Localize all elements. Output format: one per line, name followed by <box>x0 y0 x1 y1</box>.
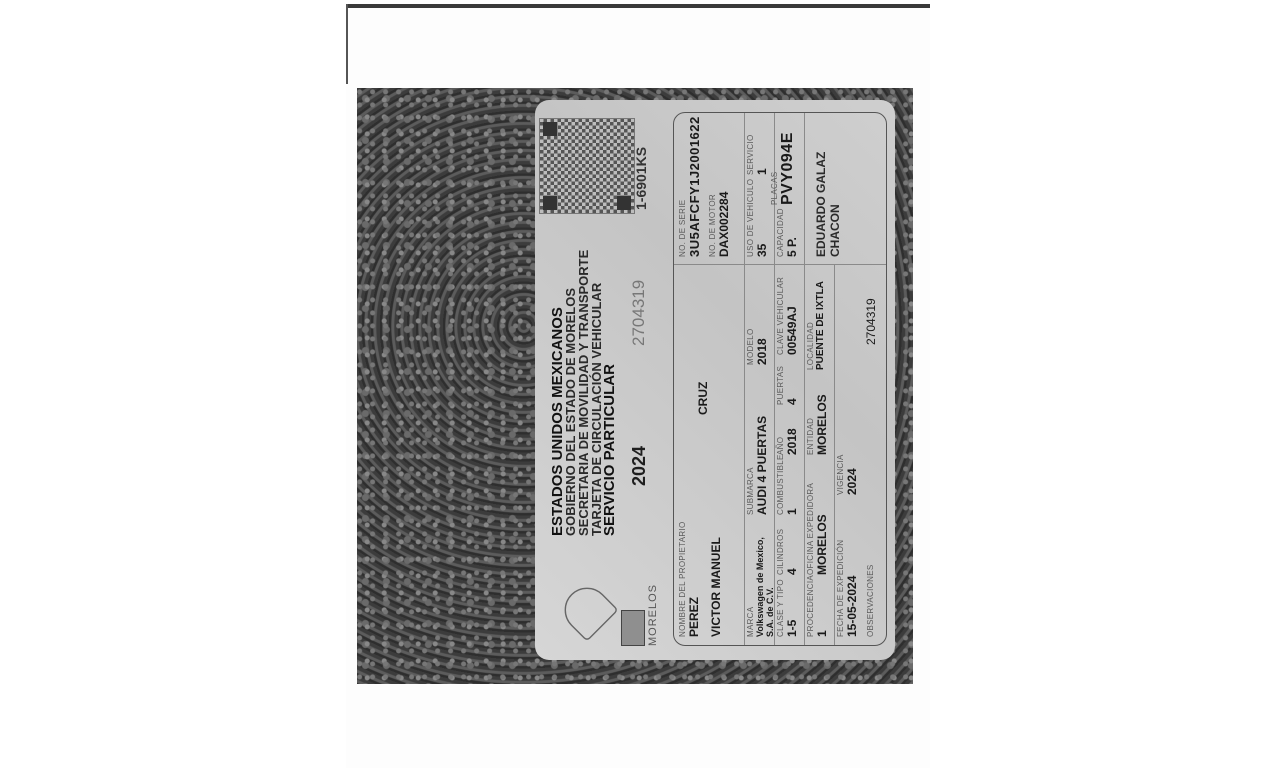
locality-field: LOCALIDAD PUENTE DE IXTLA <box>806 281 826 370</box>
page-left-edge <box>346 4 348 84</box>
class-type-field: CLASE Y TIPO 1-5 <box>776 579 799 637</box>
header-line-5: SERVICIO PARTICULAR <box>603 236 616 536</box>
serial-field: No. DE SERIE 3U5AFCFY1J2001622 No. DE MO… <box>678 116 731 257</box>
bottom-folio: 2704319 <box>864 298 878 345</box>
issue-date-field: FECHA DE EXPEDICIÓN 15-05-2024 <box>836 540 859 637</box>
morelos-logo: MORELOS <box>555 576 645 646</box>
plates-field: PLACAS PVY094E <box>770 132 797 205</box>
state-field: ENTIDAD MORELOS <box>806 394 829 455</box>
handwritten-folio: 1-6901KS <box>633 147 649 210</box>
vehicle-key-field: CLAVE VEHICULAR 00549AJ <box>776 277 799 355</box>
validity-field: VIGENCIA 2024 <box>836 454 859 495</box>
model-field: MODELO 2018 <box>746 329 769 365</box>
issuing-office-field: OFICINA EXPEDIDORA MORELOS <box>806 483 829 575</box>
divider <box>834 265 835 645</box>
fuel-field: COMBUSTIBLE 1 <box>776 454 799 515</box>
owner-surname-2-field: CRUZ <box>696 382 710 415</box>
card-body: NOMBRE DEL PROPIETARIO PEREZ VICTOR MANU… <box>673 112 887 646</box>
use-field: USO DE VEHICULO 35 <box>746 179 769 257</box>
header-titles: ESTADOS UNIDOS MEXICANOS GOBIERNO DEL ES… <box>551 236 616 536</box>
divider <box>744 113 745 645</box>
owner-field: NOMBRE DEL PROPIETARIO PEREZ VICTOR MANU… <box>678 521 723 637</box>
divider <box>804 113 805 645</box>
page-top-edge <box>346 4 930 8</box>
vehicle-registration-card: MORELOS ESTADOS UNIDOS MEXICANOS GOBIERN… <box>535 100 895 660</box>
year-field: AÑO 2018 <box>776 428 799 455</box>
capacity-field: CAPACIDAD 5 P. <box>776 208 799 257</box>
observations-field: OBSERVACIONES <box>866 564 875 637</box>
doors-field: PUERTAS 4 <box>776 366 799 405</box>
owner-surname-1: PEREZ <box>687 521 701 637</box>
logo-text: MORELOS <box>647 584 659 646</box>
card-container: MORELOS ESTADOS UNIDOS MEXICANOS GOBIERN… <box>520 90 910 670</box>
card-header: MORELOS ESTADOS UNIDOS MEXICANOS GOBIERN… <box>545 114 655 646</box>
header-year: 2024 <box>629 446 650 486</box>
cylinders-field: CILINDROS 4 <box>776 529 799 575</box>
submake-field: SUBMARCA AUDI 4 PUERTAS <box>746 416 769 515</box>
service-field: SERVICIO 1 <box>746 135 769 176</box>
state-shield-icon <box>621 610 645 646</box>
qr-code-icon <box>539 118 635 214</box>
origin-field: PROCEDENCIA 1 <box>806 575 829 637</box>
owner-given-name: VICTOR MANUEL <box>709 521 723 637</box>
morelos-emblem-icon <box>555 578 618 641</box>
header-folio: 2704319 <box>629 280 649 346</box>
make-field: MARCA Volkswagen de Mexico, S.A. de C.V. <box>746 527 775 637</box>
signatory-name: EDUARDO GALAZ CHACON <box>814 113 842 257</box>
divider <box>674 264 886 265</box>
